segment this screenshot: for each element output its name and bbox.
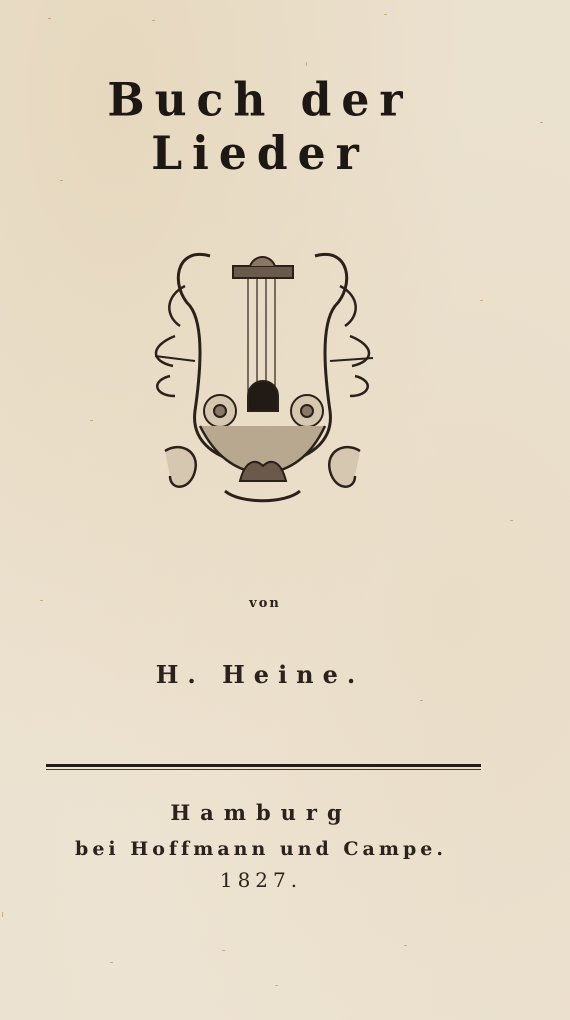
lyre-ornament-icon [145,236,380,511]
paper-speck [222,950,225,951]
paper-speck [384,14,387,15]
byline: von [0,596,530,611]
imprint-year: 1827. [0,868,522,892]
imprint-publisher: bei Hoffmann und Campe. [0,838,522,860]
paper-speck [420,700,423,701]
paper-speck [540,122,543,123]
paper-speck [2,912,3,917]
paper-speck [152,20,155,21]
paper-speck [48,18,51,19]
paper-speck [110,962,113,963]
paper-speck [306,62,307,66]
double-rule-divider [46,764,481,770]
author-name: H. Heine. [0,660,520,689]
paper-speck [480,300,483,301]
paper-speck [404,945,407,946]
imprint-city: Hamburg [0,800,522,825]
paper-speck [510,520,513,521]
paper-speck [275,985,278,986]
paper-speck [90,420,93,421]
book-title: Buch der Lieder [0,73,520,180]
